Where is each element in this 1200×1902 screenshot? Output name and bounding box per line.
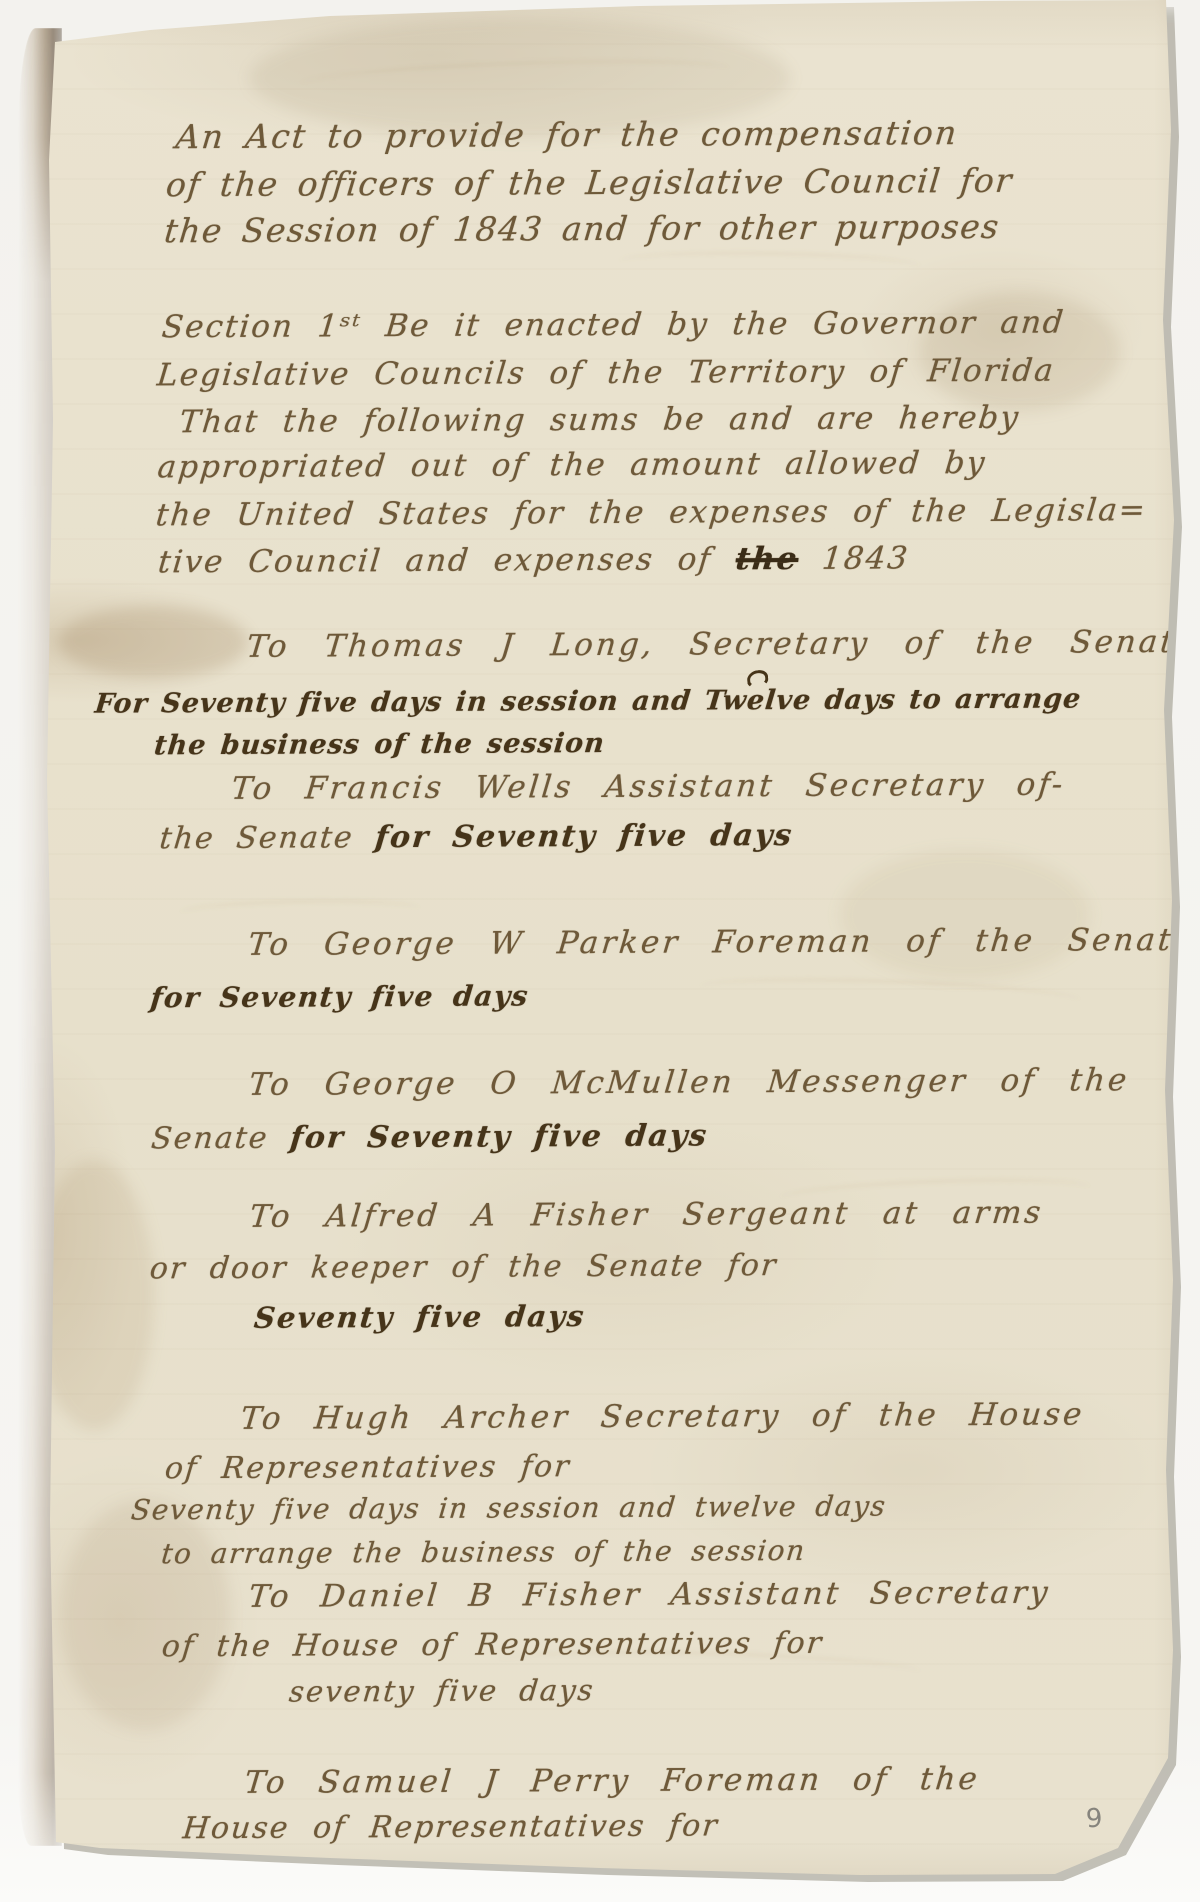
text-segment: Seventy five days (253, 1299, 588, 1335)
manuscript-line: That the following sums be and are hereb… (178, 403, 1021, 438)
manuscript-line: Senate for Seventy five days (150, 1121, 710, 1154)
text-segment: To George O McMullen Messenger of the (247, 1062, 1131, 1103)
text-segment: of Representatives for (163, 1449, 572, 1486)
text-segment: For Seventy five days in session and (93, 685, 706, 719)
manuscript-line: the Senate for Seventy five days (158, 821, 795, 854)
manuscript-line: For Seventy five days in session and Twe… (94, 685, 1083, 717)
text-segment: the (734, 541, 800, 577)
text-segment: Seventy five days in session and twelve … (130, 1489, 888, 1526)
manuscript-line: of Representatives for (163, 1452, 572, 1484)
text-segment: To Daniel B Fisher Assistant Secretary (247, 1575, 1052, 1615)
text-segment: Twelve (703, 685, 813, 717)
text-segment: to arrange the business of the session (160, 1534, 808, 1570)
manuscript-line: the Session of 1843 and for other purpos… (163, 210, 1002, 247)
manuscript-line: Legislative Councils of the Territory of… (156, 356, 1057, 392)
text-segment: House of Representatives for (181, 1808, 720, 1846)
text-segment: 1843 (797, 540, 911, 577)
text-segment: That the following sums be and are hereb… (178, 400, 1022, 440)
pencil-page-number: 9 (1085, 1804, 1103, 1835)
text-segment: Section 1ˢᵗ Be it enacted by the Governo… (160, 305, 1066, 346)
manuscript-line: An Act to provide for the compensation (174, 116, 960, 153)
text-segment: of the House of Representatives for (160, 1626, 825, 1664)
manuscript-line: To Samuel J Perry Foreman of the (243, 1764, 981, 1799)
manuscript-line: To George W Parker Foreman of the Senate (247, 925, 1197, 961)
manuscript-line: tive Council and expenses of the 1843 (157, 543, 911, 578)
manuscript-line: To Francis Wells Assistant Secretary of- (230, 770, 1067, 805)
manuscript-line: To Hugh Archer Secretary of the House (239, 1399, 1086, 1434)
text-segment: Legislative Councils of the Territory of… (156, 353, 1057, 394)
manuscript-line: of the officers of the Legislative Counc… (165, 164, 1015, 201)
text-segment: appropriated out of the amount allowed b… (156, 445, 988, 485)
text-segment: for Seventy five days (288, 1118, 709, 1155)
scanned-document: An Act to provide for the compensationof… (0, 0, 1200, 1902)
text-segment: An Act to provide for the compensation (174, 113, 960, 156)
text-segment: days to arrange (810, 683, 1083, 715)
text-segment: the Senate (158, 820, 377, 856)
text-segment: To Thomas J Long, Secretary of the Senat… (245, 624, 1199, 665)
manuscript-line: To Alfred A Fisher Sergeant at arms (248, 1198, 1045, 1233)
text-segment: of the officers of the Legislative Counc… (164, 161, 1014, 204)
text-segment: for Seventy five days (149, 979, 531, 1014)
manuscript-line: of the House of Representatives for (160, 1629, 824, 1662)
manuscript-line: To Thomas J Long, Secretary of the Senat… (245, 627, 1199, 663)
text-segment: To Francis Wells Assistant Secretary of- (230, 767, 1067, 807)
text-segment: for Seventy five days (374, 818, 795, 855)
text-segment: seventy five days (287, 1673, 596, 1709)
manuscript-line: appropriated out of the amount allowed b… (156, 448, 988, 483)
manuscript-text-layer: An Act to provide for the compensationof… (0, 0, 1200, 1902)
text-segment: To Alfred A Fisher Sergeant at arms (248, 1195, 1045, 1235)
manuscript-line: to arrange the business of the session (160, 1537, 807, 1568)
manuscript-line: the United States for the expenses of th… (154, 495, 1148, 531)
manuscript-line: seventy five days (288, 1676, 596, 1707)
manuscript-line: Seventy five days in session and twelve … (130, 1493, 888, 1525)
text-segment: the United States for the expenses of th… (154, 492, 1148, 533)
manuscript-line: the business of the session (153, 730, 606, 759)
manuscript-line: To George O McMullen Messenger of the (247, 1065, 1130, 1101)
manuscript-line: for Seventy five days (149, 982, 530, 1012)
manuscript-line: or door keeper of the Senate for (148, 1251, 778, 1284)
text-segment: tive Council and expenses of (156, 541, 737, 580)
manuscript-line: Seventy five days (253, 1302, 587, 1333)
text-segment: To George W Parker Foreman of the Senate (246, 922, 1196, 963)
manuscript-paper: An Act to provide for the compensationof… (0, 0, 1200, 1902)
text-segment: the Session of 1843 and for other purpos… (163, 207, 1002, 250)
text-segment: or door keeper of the Senate for (148, 1248, 779, 1286)
text-segment: Senate (150, 1121, 292, 1157)
manuscript-line: To Daniel B Fisher Assistant Secretary (247, 1578, 1052, 1613)
text-segment: To Samuel J Perry Foreman of the (243, 1761, 982, 1801)
text-segment: the business of the session (153, 728, 607, 761)
manuscript-line: House of Representatives for (181, 1811, 720, 1844)
manuscript-line: Section 1ˢᵗ Be it enacted by the Governo… (160, 308, 1066, 344)
text-segment: To Hugh Archer Secretary of the House (239, 1396, 1086, 1436)
